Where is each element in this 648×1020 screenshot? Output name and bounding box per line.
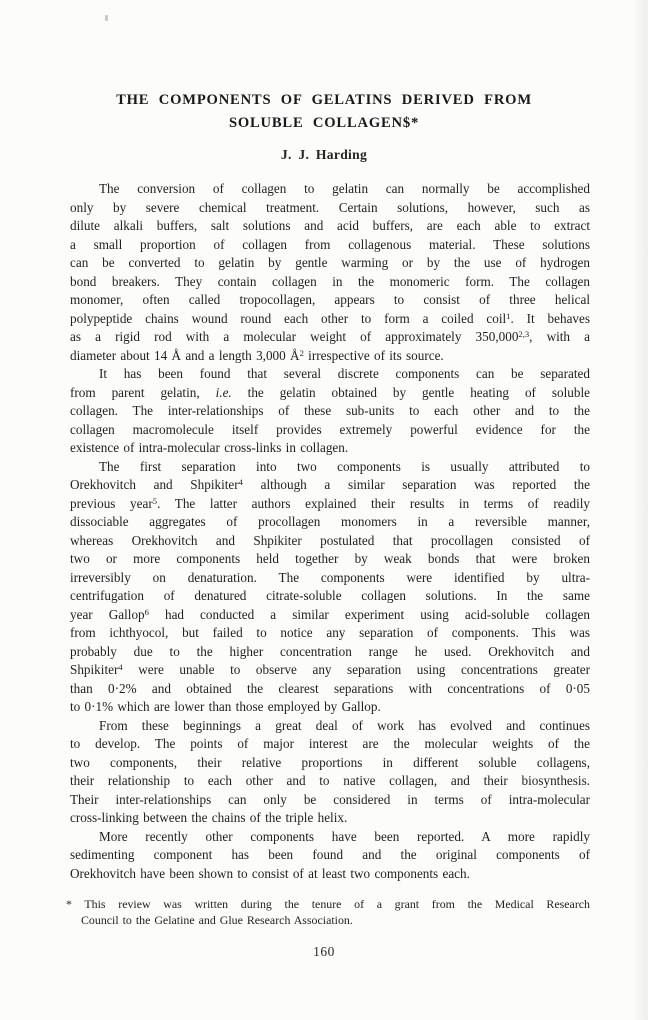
scanned-paper-page: THE COMPONENTS OF GELATINS DERIVED FROM … (0, 0, 648, 1020)
paragraph: It has been found that several discrete … (70, 365, 590, 458)
text-line: polypeptide chains wound round each othe… (70, 310, 590, 329)
footnote-line-continued: Council to the Gelatine and Glue Researc… (66, 912, 590, 928)
text-line: than 0·2% and obtained the clearest sepa… (70, 680, 590, 699)
text-line: The first separation into two components… (70, 458, 590, 477)
text-line: a small proportion of collagen from coll… (70, 236, 590, 255)
text-line: From these beginnings a great deal of wo… (70, 717, 590, 736)
text-line: two components, their relative proportio… (70, 754, 590, 773)
page-number: 160 (0, 944, 648, 960)
text-line: irreversibly on denaturation. The compon… (70, 569, 590, 588)
text-line: collagen. The inter-relationships of the… (70, 402, 590, 421)
paragraph: The first separation into two components… (70, 458, 590, 717)
text-line: It has been found that several discrete … (70, 365, 590, 384)
text-line: only by severe chemical treatment. Certa… (70, 199, 590, 218)
text-line: bond breakers. They contain collagen in … (70, 273, 590, 292)
text-line: sedimenting component has been found and… (70, 846, 590, 865)
text-line: Shpikiter4 were unable to observe any se… (70, 661, 590, 680)
text-line: probably due to the higher concentration… (70, 643, 590, 662)
article-title-line2: SOLUBLE COLLAGEN$* (0, 112, 648, 135)
text-line: Their inter-relationships can only be co… (70, 791, 590, 810)
text-line: can be converted to gelatin by gentle wa… (70, 254, 590, 273)
text-line: Orekhovitch and Shpikiter4 although a si… (70, 476, 590, 495)
scan-speck (105, 15, 108, 21)
text-line: cross-linking between the chains of the … (70, 809, 590, 828)
text-line: centrifugation of denatured citrate-solu… (70, 587, 590, 606)
text-line: year Gallop6 had conducted a similar exp… (70, 606, 590, 625)
text-line: as a rigid rod with a molecular weight o… (70, 328, 590, 347)
paragraph: More recently other components have been… (70, 828, 590, 884)
footnote-line: * This review was written during the ten… (66, 896, 590, 912)
text-line: dissociable aggregates of procollagen mo… (70, 513, 590, 532)
text-line: monomer, often called tropocollagen, app… (70, 291, 590, 310)
paragraph: The conversion of collagen to gelatin ca… (70, 180, 590, 365)
author-name: J. J. Harding (0, 147, 648, 163)
text-line: to 0·1% which are lower than those emplo… (70, 698, 590, 717)
text-line: diameter about 14 Å and a length 3,000 Å… (70, 347, 590, 366)
text-line: from ichthyocol, but failed to notice an… (70, 624, 590, 643)
text-line: More recently other components have been… (70, 828, 590, 847)
text-line: previous year5. The latter authors expla… (70, 495, 590, 514)
text-line: to develop. The points of major interest… (70, 735, 590, 754)
text-line: collagen macromolecule itself provides e… (70, 421, 590, 440)
text-line: Orekhovitch have been shown to consist o… (70, 865, 590, 884)
text-line: two or more components held together by … (70, 550, 590, 569)
text-line: existence of intra-molecular cross-links… (70, 439, 590, 458)
article-title-line1: THE COMPONENTS OF GELATINS DERIVED FROM (0, 89, 648, 112)
text-line: whereas Orekhovitch and Shpikiter postul… (70, 532, 590, 551)
text-line: from parent gelatin, i.e. the gelatin ob… (70, 384, 590, 403)
paragraph: From these beginnings a great deal of wo… (70, 717, 590, 828)
article-title: THE COMPONENTS OF GELATINS DERIVED FROM … (0, 89, 648, 135)
body-paragraphs: The conversion of collagen to gelatin ca… (70, 180, 590, 883)
text-line: The conversion of collagen to gelatin ca… (70, 180, 590, 199)
text-line: their relationship to each other and to … (70, 772, 590, 791)
text-line: dilute alkali buffers, salt solutions an… (70, 217, 590, 236)
footnote: * This review was written during the ten… (66, 896, 590, 928)
